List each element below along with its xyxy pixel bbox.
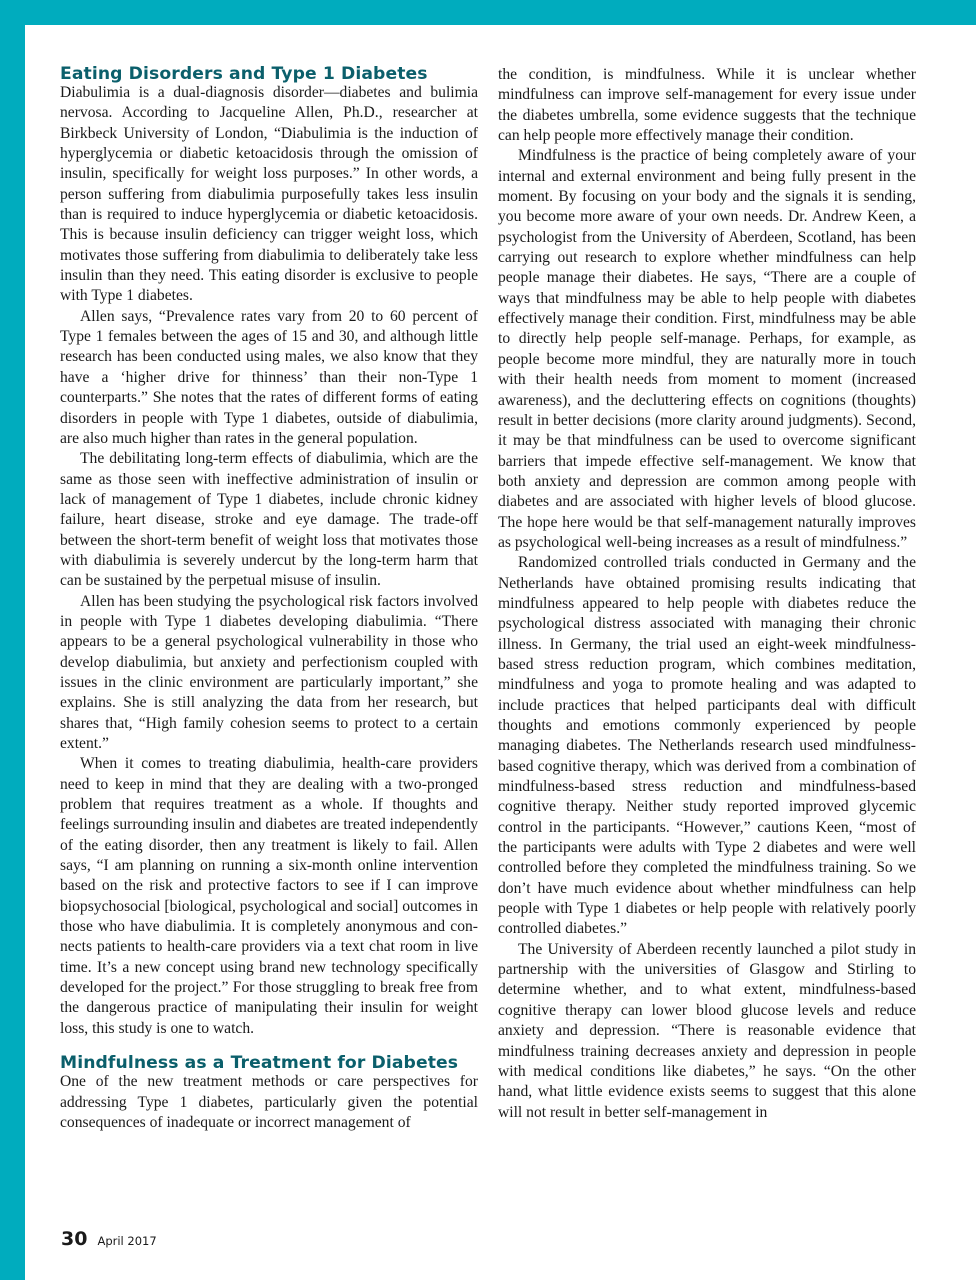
paragraph: Mindfulness is the practice of being com…: [498, 146, 916, 553]
left-column: Eating Disorders and Type 1 Diabetes Dia…: [60, 64, 478, 1133]
section-heading-eating-disorders: Eating Disorders and Type 1 Diabetes: [60, 64, 478, 85]
page-footer: 30 April 2017: [61, 1228, 157, 1250]
paragraph: Diabulimia is a dual-diagnosis disorder—…: [60, 83, 478, 307]
paragraph: the condition, is mindfulness. While it …: [498, 65, 916, 146]
section-heading-mindfulness: Mindfulness as a Treatment for Diabetes: [60, 1053, 478, 1074]
paragraph: The University of Aberdeen recently laun…: [498, 940, 916, 1123]
right-column: the condition, is mindfulness. While it …: [498, 65, 916, 1123]
paragraph: One of the new treatment methods or care…: [60, 1072, 478, 1133]
issue-date: April 2017: [97, 1234, 156, 1248]
accent-band-top: [0, 0, 976, 25]
paragraph: Randomized controlled trials conducted i…: [498, 553, 916, 940]
paragraph: Allen says, “Prevalence rates vary from …: [60, 307, 478, 449]
paragraph: Allen has been studying the psychologica…: [60, 592, 478, 755]
paragraph: When it comes to treating diabulimia, he…: [60, 754, 478, 1039]
page-number: 30: [61, 1228, 87, 1250]
paragraph: The debilitating long-term effects of di…: [60, 449, 478, 591]
accent-band-left: [0, 0, 25, 1280]
